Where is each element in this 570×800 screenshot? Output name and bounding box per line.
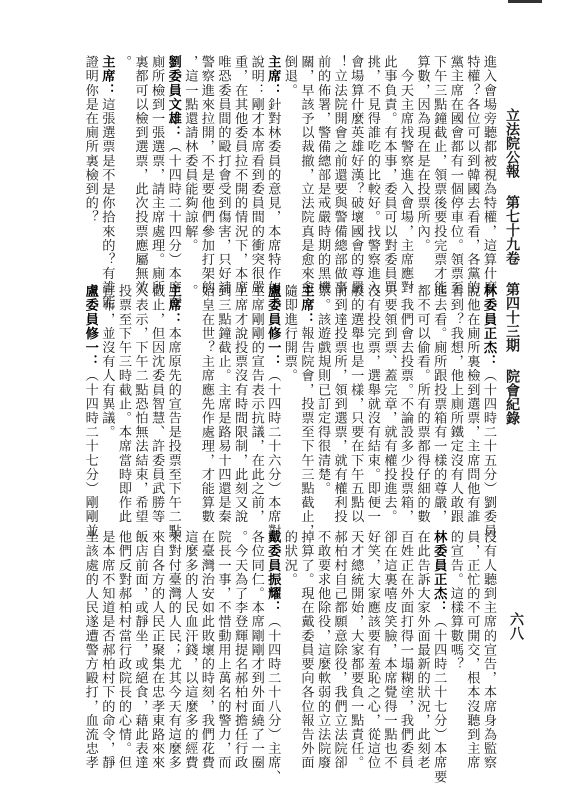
speech-chairman-3: 主席：報告院會，投票至下午三點截止， 隨即進行開票。	[280, 284, 313, 506]
text-band-middle: 林委員正杰：（十四時二十五分）劉委員 說他在廁所裏檢到選票，主席問他有誰 看到？…	[81, 284, 496, 506]
speech-dai-zhenyao: 戴委員振耀：（十四時二十八分）主席、 各位同仁。本席剛剛才到外面繞了一圈 。今天…	[81, 530, 280, 752]
speaker-name: 主席：	[265, 55, 280, 97]
speaker-name: 主席：	[298, 284, 313, 326]
speech-lu-xiuyi-2: 盧委員修一：（十四時二十七分）剛剛並	[81, 284, 98, 506]
issue-label: 第四十三期	[504, 282, 520, 352]
paragraph: 進入會場旁聽都被視為特權，這算什麼 特權？各位可以到韓國去看看，各黨的 黨主席在…	[280, 55, 496, 280]
speaker-name: 盧委員修一：	[83, 284, 98, 369]
speech-chairman-1: 主席：針對林委員的意見，本席特作如下 說明：剛才本席看到委員間的衝突很嚴 重，在…	[181, 55, 281, 280]
speaker-name: 盧委員修一：	[265, 284, 280, 369]
scan-corner-mark	[508, 0, 542, 3]
speaker-name: 林委員正杰：	[431, 530, 446, 615]
text-band-bottom: 沒有人聽到主席的宣告，本席身為監察 員，正忙的不可開交，根本沒聽到主席 的宣告。…	[81, 530, 496, 752]
volume-label: 第七十九卷	[504, 195, 520, 265]
paragraph-continued: 沒有人聽到主席的宣告，本席身為監察 員，正忙的不可開交，根本沒聽到主席 的宣告。…	[446, 530, 496, 752]
speaker-name: 主席：	[166, 284, 181, 326]
speaker-name: 戴委員振耀：	[265, 530, 280, 615]
speaker-name: 林委員正杰：	[481, 284, 496, 369]
speech-lin-zhengjie-2: 林委員正杰：（十四時二十七分）本席要 在此告訴大家外面最新的狀況，此刻老 百姓正…	[280, 530, 446, 752]
publication-title: 立法院公報	[504, 108, 520, 178]
speech-lin-zhengjie-1: 林委員正杰：（十四時二十五分）劉委員 說他在廁所裏檢到選票，主席問他有誰 看到？…	[313, 284, 496, 506]
speaker-name: 劉委員文雄：	[166, 55, 181, 140]
speech-chairman-4: 主席：本席原先的宣告是投票至下午二點 截止，但因沈委員智慧、許委員武勝等 人表示…	[98, 284, 181, 506]
page-header: 立法院公報 第七十九卷 第四十三期 院會紀錄	[504, 108, 520, 338]
speech-liu-wenxiong: 劉委員文雄：（十四時二十四分）本席在 廁所檢到一張選票，請主席處理。廁所 裏都可…	[114, 55, 180, 280]
section-label: 院會紀錄	[504, 369, 520, 425]
page-number: 六八	[508, 612, 524, 640]
speech-lu-xiuyi-1: 盧委員修一：（十四時二十六分）本席對 主席剛剛的宣告表示抗議，在此之前， 主席才…	[181, 284, 281, 506]
speaker-name: 主席：	[99, 55, 114, 97]
speech-chairman-2: 主席：這張選票是不是你拾來的？有誰能 證明你是在廁所裏檢到的？	[81, 55, 114, 280]
text-band-top: 進入會場旁聽都被視為特權，這算什麼 特權？各位可以到韓國去看看，各黨的 黨主席在…	[81, 55, 496, 280]
